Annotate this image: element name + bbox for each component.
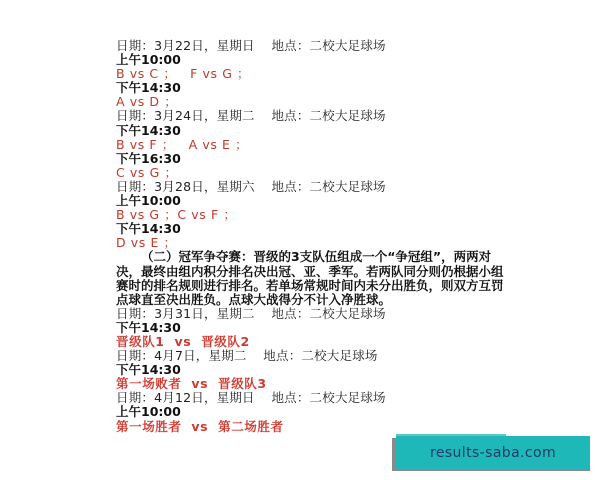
date-location-line: 日期：3月24日，星期二 地点：二校大足球场 [116, 109, 516, 123]
match-time: 下午14:30 [116, 363, 516, 377]
match-time: 上午10:00 [116, 405, 516, 419]
match-time: 下午14:30 [116, 222, 516, 236]
match-pairs: D vs E ； [116, 236, 516, 250]
final-stage-paragraph: （二）冠军争夺赛：晋级的3支队伍组成一个“争冠组”，两两对决，最终由组内积分排名… [116, 250, 514, 306]
match-pairs: C vs G ； [116, 166, 516, 180]
date-location-line: 日期：4月7日，星期二 地点：二校大足球场 [116, 349, 516, 363]
match-pairs: B vs C ； F vs G ； [116, 67, 516, 81]
match-time: 下午14:30 [116, 321, 516, 335]
match-time: 上午10:00 [116, 194, 516, 208]
final-match: 晋级队1 vs 晋级队2 [116, 335, 516, 349]
date-location-line: 日期：4月12日，星期日 地点：二校大足球场 [116, 391, 516, 405]
date-location-line: 日期：3月22日，星期日 地点：二校大足球场 [116, 39, 516, 53]
date-location-line: 日期：3月28日，星期六 地点：二校大足球场 [116, 180, 516, 194]
watermark-text: results-saba.com [430, 445, 556, 461]
final-match: 第一场败者 vs 晋级队3 [116, 377, 516, 391]
schedule-document: 日期：3月22日，星期日 地点：二校大足球场 上午10:00 B vs C ； … [116, 39, 516, 434]
match-time: 下午16:30 [116, 152, 516, 166]
final-match: 第一场胜者 vs 第二场胜者 [116, 420, 516, 434]
final-stage-description: （二）冠军争夺赛：晋级的3支队伍组成一个“争冠组”，两两对决，最终由组内积分排名… [116, 250, 514, 306]
watermark-badge: results-saba.com [396, 436, 590, 469]
match-time: 下午14:30 [116, 124, 516, 138]
match-time: 下午14:30 [116, 81, 516, 95]
match-pairs: B vs G ；C vs F ； [116, 208, 516, 222]
date-location-line: 日期：3月31日，星期二 地点：二校大足球场 [116, 307, 516, 321]
match-time: 上午10:00 [116, 53, 516, 67]
match-pairs: B vs F ； A vs E ； [116, 138, 516, 152]
match-pairs: A vs D ； [116, 95, 516, 109]
